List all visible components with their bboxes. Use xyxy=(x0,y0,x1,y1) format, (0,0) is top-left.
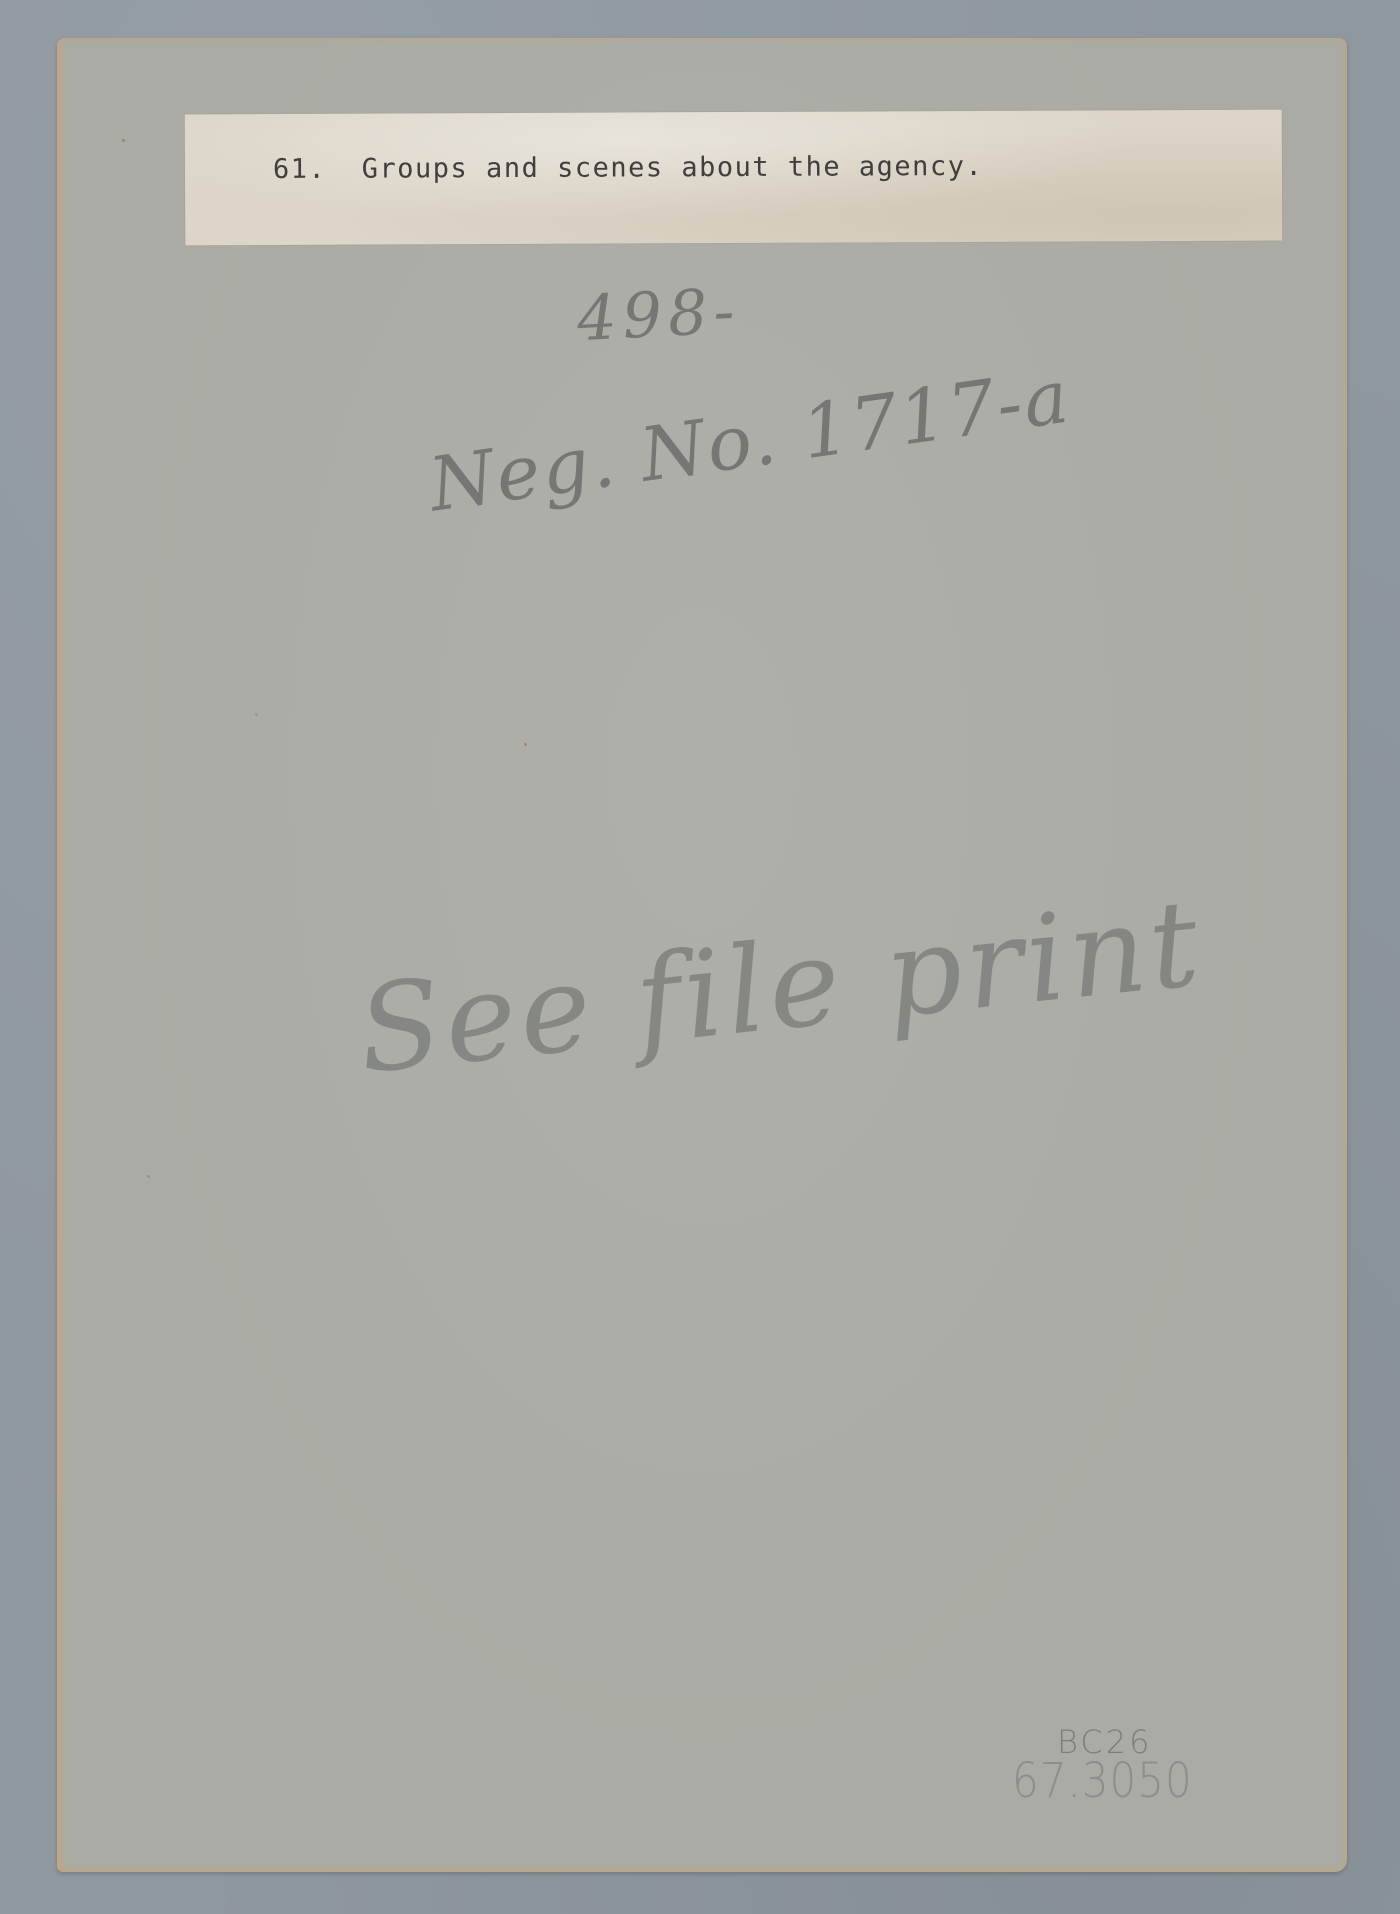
typed-label-strip: 61. Groups and scenes about the agency. xyxy=(185,110,1283,246)
mount-card: 61. Groups and scenes about the agency. … xyxy=(57,38,1347,1872)
accession-number: 67.3050 xyxy=(1012,1752,1193,1808)
handwritten-item-number: 498- xyxy=(575,274,742,355)
paper-speck xyxy=(255,713,258,716)
paper-speck xyxy=(147,1175,150,1178)
paper-speck xyxy=(524,743,527,746)
typed-caption: 61. Groups and scenes about the agency. xyxy=(273,151,983,185)
paper-speck xyxy=(122,139,125,142)
handwritten-negative-number: Neg. No. 1717-a xyxy=(424,354,1075,529)
handwritten-note: See file print xyxy=(352,874,1209,1101)
